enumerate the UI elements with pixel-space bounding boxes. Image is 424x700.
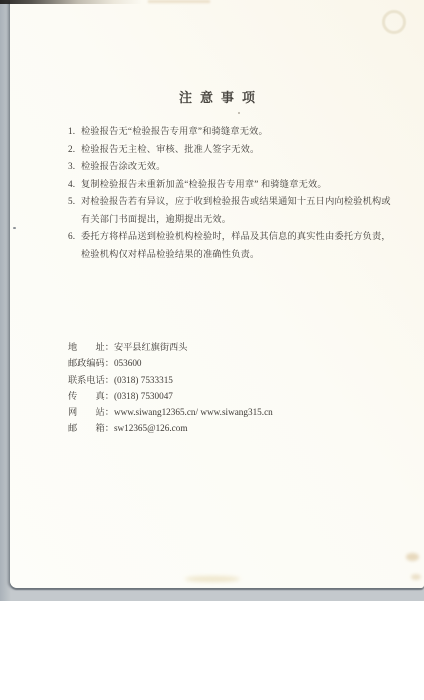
- note-item: 6. 委托方将样品送到检验机构检验时，样品及其信息的真实性由委托方负责， 检验机…: [68, 228, 396, 263]
- note-text: 检验报告无主检、审核、批准人签字无效。: [81, 141, 259, 159]
- contact-label: 地 址：: [68, 339, 114, 355]
- tan-smudge-artifact: [148, 0, 210, 3]
- contact-value: 安平县红旗街西头: [114, 339, 188, 355]
- contact-label: 邮政编码：: [68, 355, 114, 371]
- note-number: 2.: [68, 141, 81, 159]
- corner-stain-artifact: [411, 574, 421, 580]
- contact-row-email: 邮 箱： sw12365@126.com: [68, 420, 398, 436]
- note-number: 1.: [68, 123, 81, 141]
- note-number: 4.: [68, 176, 81, 194]
- note-text: 复制检验报告未重新加盖“检验报告专用章” 和骑缝章无效。: [81, 176, 327, 194]
- note-item: 3. 检验报告涂改无效。: [68, 158, 396, 176]
- corner-stain-artifact: [406, 553, 419, 561]
- contact-label: 联系电话：: [68, 372, 114, 388]
- contact-row-postcode: 邮政编码： 053600: [68, 355, 398, 371]
- note-number: 6.: [68, 228, 81, 246]
- speck-artifact: [238, 112, 240, 114]
- contact-row-address: 地 址： 安平县红旗街西头: [68, 339, 398, 355]
- speck-artifact: [13, 227, 16, 229]
- contact-label: 传 真：: [68, 388, 114, 404]
- note-item: 4. 复制检验报告未重新加盖“检验报告专用章” 和骑缝章无效。: [68, 176, 396, 194]
- ink-smudge-artifact: [0, 0, 142, 4]
- contact-value: 053600: [114, 355, 142, 371]
- note-number: 3.: [68, 158, 81, 176]
- contact-value: (0318) 7530047: [114, 388, 173, 404]
- bottom-edge-stain-artifact: [185, 576, 240, 582]
- note-text: 检验报告涂改无效。: [81, 158, 166, 176]
- note-text: 对检验报告若有异议，应于收到检验报告或结果通知十五日内向检验机构或 有关部门书面…: [81, 193, 391, 228]
- page-title: 注意事项: [10, 87, 424, 106]
- scanned-page: 注意事项 1. 检验报告无“检验报告专用章”和骑缝章无效。 2. 检验报告无主检…: [10, 0, 424, 588]
- contact-row-website: 网 站： www.siwang12365.cn/ www.siwang315.c…: [68, 404, 398, 420]
- ring-stain-artifact: [382, 10, 406, 34]
- contact-label: 邮 箱：: [68, 420, 114, 436]
- notes-list: 1. 检验报告无“检验报告专用章”和骑缝章无效。 2. 检验报告无主检、审核、批…: [68, 123, 396, 263]
- note-item: 5. 对检验报告若有异议，应于收到检验报告或结果通知十五日内向检验机构或 有关部…: [68, 193, 396, 228]
- note-text: 委托方将样品送到检验机构检验时，样品及其信息的真实性由委托方负责， 检验机构仅对…: [81, 228, 391, 263]
- contact-label: 网 站：: [68, 404, 114, 420]
- contact-block: 地 址： 安平县红旗街西头 邮政编码： 053600 联系电话： (0318) …: [68, 339, 398, 437]
- contact-value: www.siwang12365.cn/ www.siwang315.cn: [114, 404, 273, 420]
- note-item: 1. 检验报告无“检验报告专用章”和骑缝章无效。: [68, 123, 396, 141]
- note-item: 2. 检验报告无主检、审核、批准人签字无效。: [68, 141, 396, 159]
- contact-value: (0318) 7533315: [114, 372, 173, 388]
- scanned-document-screenshot: 注意事项 1. 检验报告无“检验报告专用章”和骑缝章无效。 2. 检验报告无主检…: [0, 0, 424, 700]
- note-number: 5.: [68, 193, 81, 211]
- contact-row-phone: 联系电话： (0318) 7533315: [68, 372, 398, 388]
- contact-value: sw12365@126.com: [114, 420, 188, 436]
- note-text: 检验报告无“检验报告专用章”和骑缝章无效。: [81, 123, 268, 141]
- contact-row-fax: 传 真： (0318) 7530047: [68, 388, 398, 404]
